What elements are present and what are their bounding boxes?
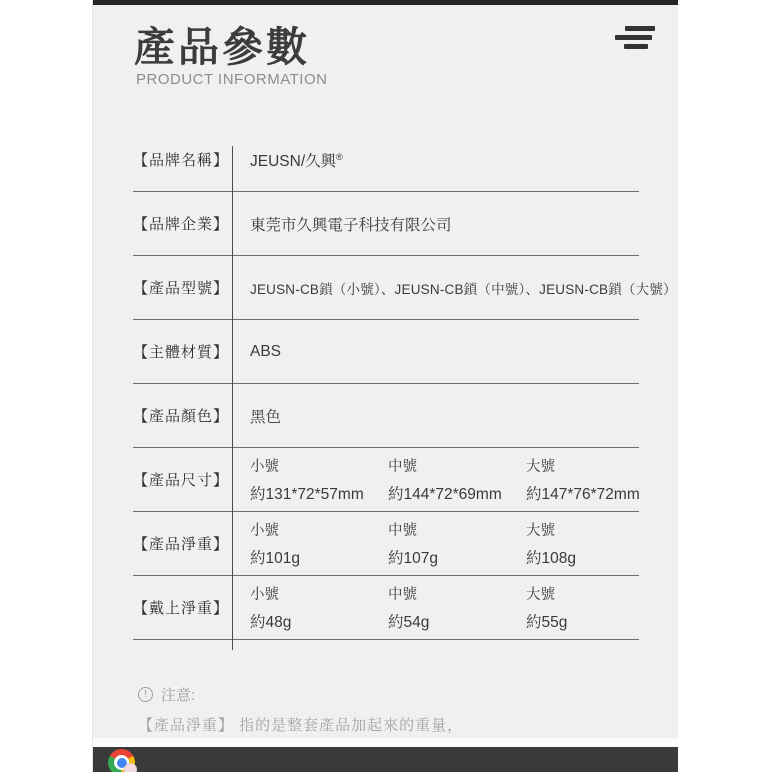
table-row-dimensions: 【產品尺寸】 小號 約131*72*57mm 中號 約144*72*69mm 大… — [133, 448, 639, 512]
size-col-medium: 中號 約54g — [388, 583, 526, 632]
size-name: 中號 — [388, 583, 526, 604]
bar-middle — [615, 35, 652, 40]
note-title: 注意: — [161, 684, 195, 705]
card-top-strip — [93, 0, 678, 5]
row-value: JEUSN/久興® — [232, 149, 343, 171]
row-label: 【產品顏色】 — [133, 405, 232, 426]
size-value: 約108g — [526, 546, 576, 568]
size-name: 小號 — [250, 519, 388, 540]
size-columns: 小號 約101g 中號 約107g 大號 約108g — [232, 519, 576, 568]
table-column-divider — [232, 146, 233, 650]
size-name: 大號 — [526, 519, 576, 540]
size-value: 約144*72*69mm — [388, 482, 526, 504]
registered-mark: ® — [336, 151, 343, 161]
table-row-brand-company: 【品牌企業】 東莞市久興電子科技有限公司 — [133, 192, 639, 256]
chrome-badge-icon — [124, 763, 137, 772]
row-label: 【品牌企業】 — [133, 213, 232, 234]
size-name: 大號 — [526, 583, 567, 604]
page-subtitle: PRODUCT INFORMATION — [136, 71, 327, 88]
size-col-large: 大號 約55g — [526, 583, 567, 632]
row-value: 東莞市久興電子科技有限公司 — [232, 213, 452, 235]
product-info-card: 產品參數 PRODUCT INFORMATION 【品牌名稱】 JEUSN/久興… — [92, 0, 678, 772]
size-col-large: 大號 約108g — [526, 519, 576, 568]
size-name: 中號 — [388, 455, 526, 476]
size-columns: 小號 約131*72*57mm 中號 約144*72*69mm 大號 約147*… — [232, 455, 639, 504]
size-value: 約55g — [526, 610, 567, 632]
note-body: 【產品淨重】 指的是整套產品加起來的重量， — [138, 714, 463, 735]
size-name: 中號 — [388, 519, 526, 540]
bottom-white-strip — [93, 738, 678, 747]
browser-footer-bar — [93, 747, 678, 772]
size-name: 大號 — [526, 455, 640, 476]
size-name: 小號 — [250, 583, 388, 604]
table-row-material: 【主體材質】 ABS — [133, 320, 639, 384]
page-title: 產品參數 — [134, 14, 310, 73]
table-row-brand-name: 【品牌名稱】 JEUSN/久興® — [133, 128, 639, 192]
note-title-line: ! 注意: — [138, 684, 195, 705]
table-row-product-model: 【產品型號】 JEUSN-CB鎖（小號）、JEUSN-CB鎖（中號）、JEUSN… — [133, 256, 639, 320]
size-col-small: 小號 約131*72*57mm — [250, 455, 388, 504]
size-col-medium: 中號 約144*72*69mm — [388, 455, 526, 504]
brand-name-text: JEUSN/久興 — [250, 153, 336, 170]
size-col-small: 小號 約48g — [250, 583, 388, 632]
size-name: 小號 — [250, 455, 388, 476]
size-col-large: 大號 約147*76*72mm — [526, 455, 640, 504]
row-value: 黑色 — [232, 405, 281, 427]
offset-bars-icon — [615, 26, 655, 49]
table-row-worn-weight: 【戴上淨重】 小號 約48g 中號 約54g 大號 約55g — [133, 576, 639, 640]
size-col-medium: 中號 約107g — [388, 519, 526, 568]
table-row-color: 【產品顏色】 黑色 — [133, 384, 639, 448]
spec-table: 【品牌名稱】 JEUSN/久興® 【品牌企業】 東莞市久興電子科技有限公司 【產… — [133, 128, 639, 640]
bar-top — [625, 26, 655, 31]
row-label: 【產品尺寸】 — [133, 469, 232, 490]
bar-bottom — [624, 44, 648, 49]
row-label: 【主體材質】 — [133, 341, 232, 362]
row-value: JEUSN-CB鎖（小號）、JEUSN-CB鎖（中號）、JEUSN-CB鎖（大號… — [232, 278, 677, 298]
row-value: ABS — [232, 343, 281, 361]
size-value: 約107g — [388, 546, 526, 568]
row-label: 【戴上淨重】 — [133, 597, 232, 618]
size-value: 約131*72*57mm — [250, 482, 388, 504]
size-value: 約54g — [388, 610, 526, 632]
row-label: 【品牌名稱】 — [133, 149, 232, 170]
size-columns: 小號 約48g 中號 約54g 大號 約55g — [232, 583, 567, 632]
size-value: 約101g — [250, 546, 388, 568]
size-value: 約48g — [250, 610, 388, 632]
row-label: 【產品型號】 — [133, 277, 232, 298]
row-label: 【產品淨重】 — [133, 533, 232, 554]
size-col-small: 小號 約101g — [250, 519, 388, 568]
size-value: 約147*76*72mm — [526, 482, 640, 504]
table-row-net-weight: 【產品淨重】 小號 約101g 中號 約107g 大號 約108g — [133, 512, 639, 576]
alert-circle-icon: ! — [138, 687, 153, 702]
